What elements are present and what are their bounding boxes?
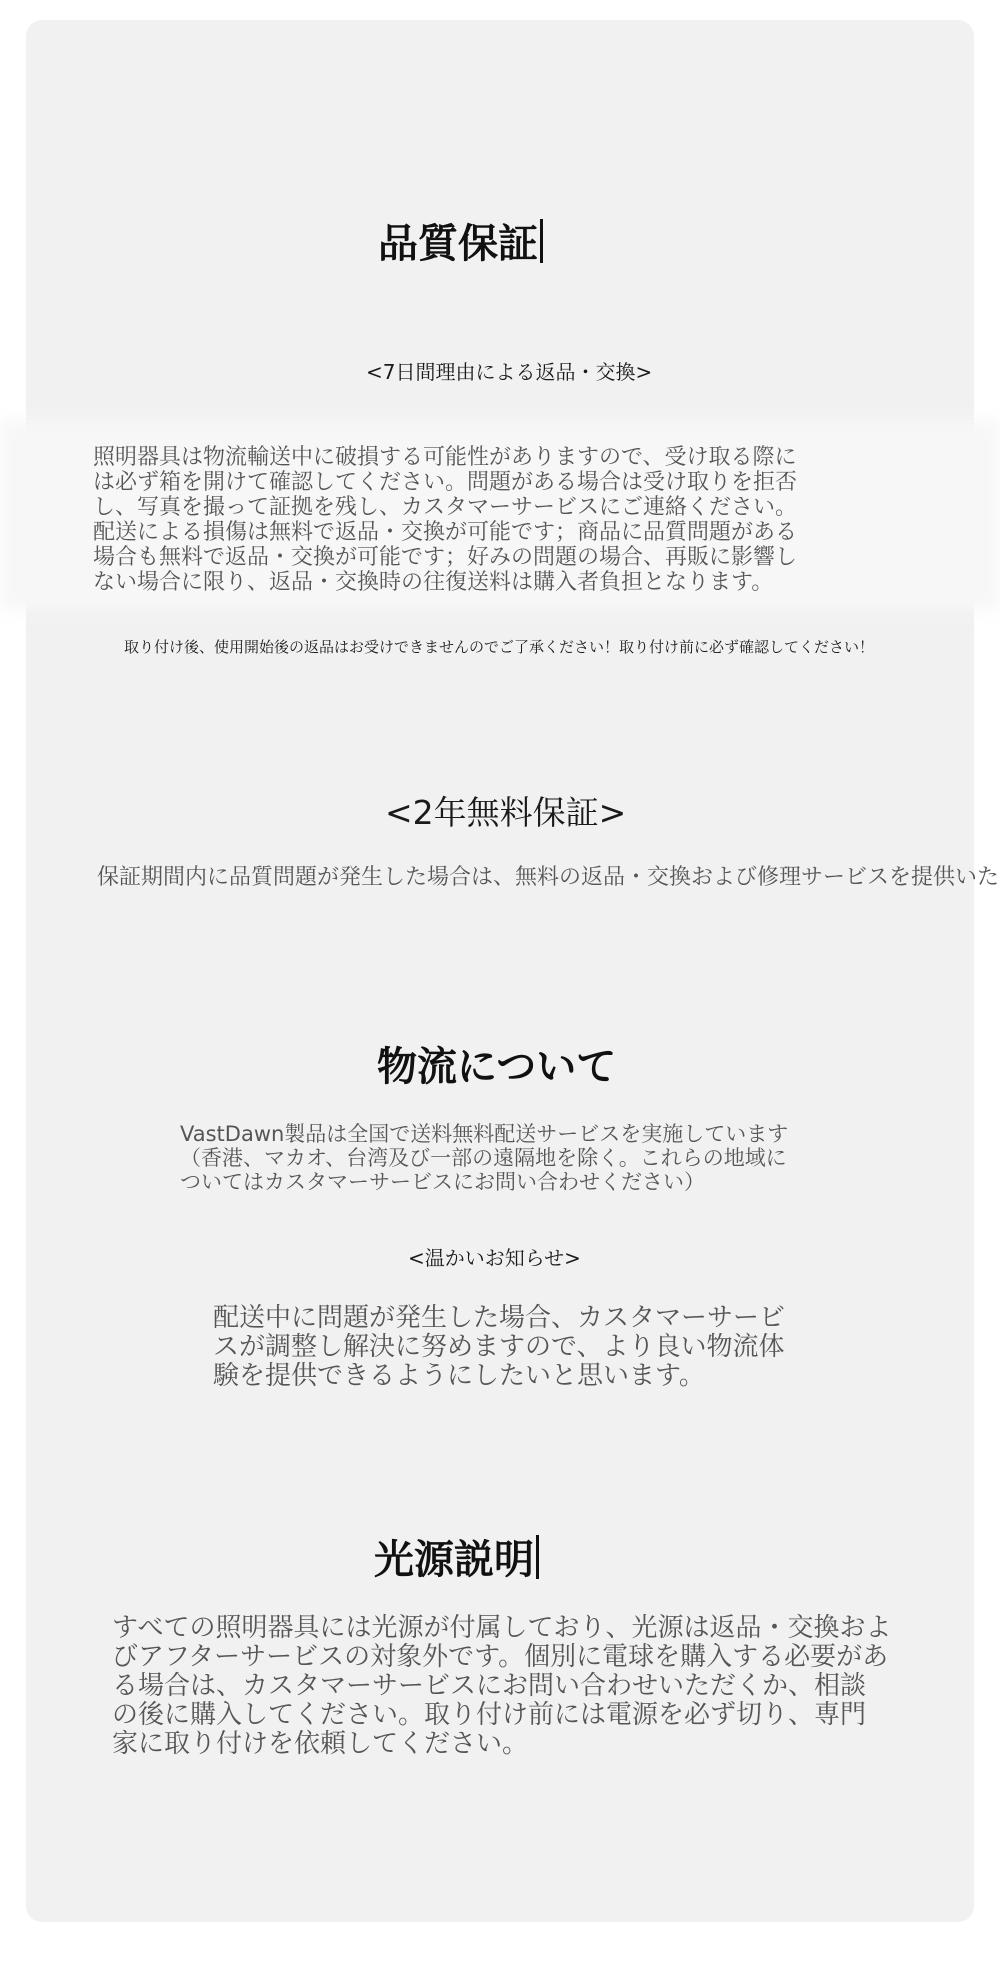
light-source-body-line: る場合は、カスタマーサービスにお問い合わせいただくか、相談	[112, 1672, 891, 1701]
logistics-title: 物流について	[377, 1035, 616, 1092]
quality-title-text: 品質保証	[378, 221, 538, 267]
text-caret	[540, 219, 543, 263]
notice-body-line: 配送中に問題が発生した場合、カスタマーサービ	[213, 1304, 785, 1333]
logistics-body-line: VastDawn製品は全国で送料無料配送サービスを実施しています	[180, 1122, 788, 1146]
warranty-heading: <2年無料保証>	[385, 787, 626, 834]
light-source-body-line: びアフターサービスの対象外です。個別に電球を購入する必要があ	[112, 1643, 891, 1672]
return-note: 取り付け後、使用開始後の返品はお受けできませんのでご了承ください！取り付け前に必…	[124, 636, 874, 657]
quality-title: 品質保証	[378, 212, 543, 269]
return-heading: <7日間理由による返品・交換>	[366, 356, 652, 385]
return-body: 照明器具は物流輸送中に破損する可能性がありますので、受け取る際に は必ず箱を開け…	[93, 445, 797, 595]
notice-body-line: 験を提供できるようにしたいと思います。	[213, 1362, 785, 1391]
text-caret	[536, 1535, 539, 1579]
logistics-body: VastDawn製品は全国で送料無料配送サービスを実施しています （香港、マカオ…	[180, 1122, 788, 1194]
return-body-line: し、写真を撮って証拠を残し、カスタマーサービスにご連絡ください。	[93, 495, 797, 520]
light-source-body: すべての照明器具には光源が付属しており、光源は返品・交換およ びアフターサービス…	[112, 1614, 891, 1759]
light-source-body-line: の後に購入してください。取り付け前には電源を必ず切り、専門	[112, 1701, 891, 1730]
logistics-body-line: ついてはカスタマーサービスにお問い合わせください）	[180, 1170, 788, 1194]
return-body-line: 配送による損傷は無料で返品・交換が可能です；商品に品質問題がある	[93, 520, 797, 545]
logistics-body-line: （香港、マカオ、台湾及び一部の遠隔地を除く。これらの地域に	[180, 1146, 788, 1170]
notice-body-line: スが調整し解決に努めますので、より良い物流体	[213, 1333, 785, 1362]
light-source-body-line: すべての照明器具には光源が付属しており、光源は返品・交換およ	[112, 1614, 891, 1643]
light-source-title-text: 光源説明	[374, 1537, 534, 1583]
return-body-line: 照明器具は物流輸送中に破損する可能性がありますので、受け取る際に	[93, 445, 797, 470]
return-body-line: 場合も無料で返品・交換が可能です；好みの問題の場合、再販に影響し	[93, 545, 797, 570]
return-body-line: ない場合に限り、返品・交換時の往復送料は購入者負担となります。	[93, 570, 797, 595]
light-source-title: 光源説明	[374, 1528, 539, 1585]
return-body-line: は必ず箱を開けて確認してください。問題がある場合は受け取りを拒否	[93, 470, 797, 495]
notice-heading: <温かいお知らせ>	[408, 1242, 581, 1271]
notice-body: 配送中に問題が発生した場合、カスタマーサービ スが調整し解決に努めますので、より…	[213, 1304, 785, 1391]
light-source-body-line: 家に取り付けを依頼してください。	[112, 1730, 891, 1759]
warranty-body: 保証期間内に品質問題が発生した場合は、無料の返品・交換および修理サービスを提供い…	[97, 865, 999, 890]
